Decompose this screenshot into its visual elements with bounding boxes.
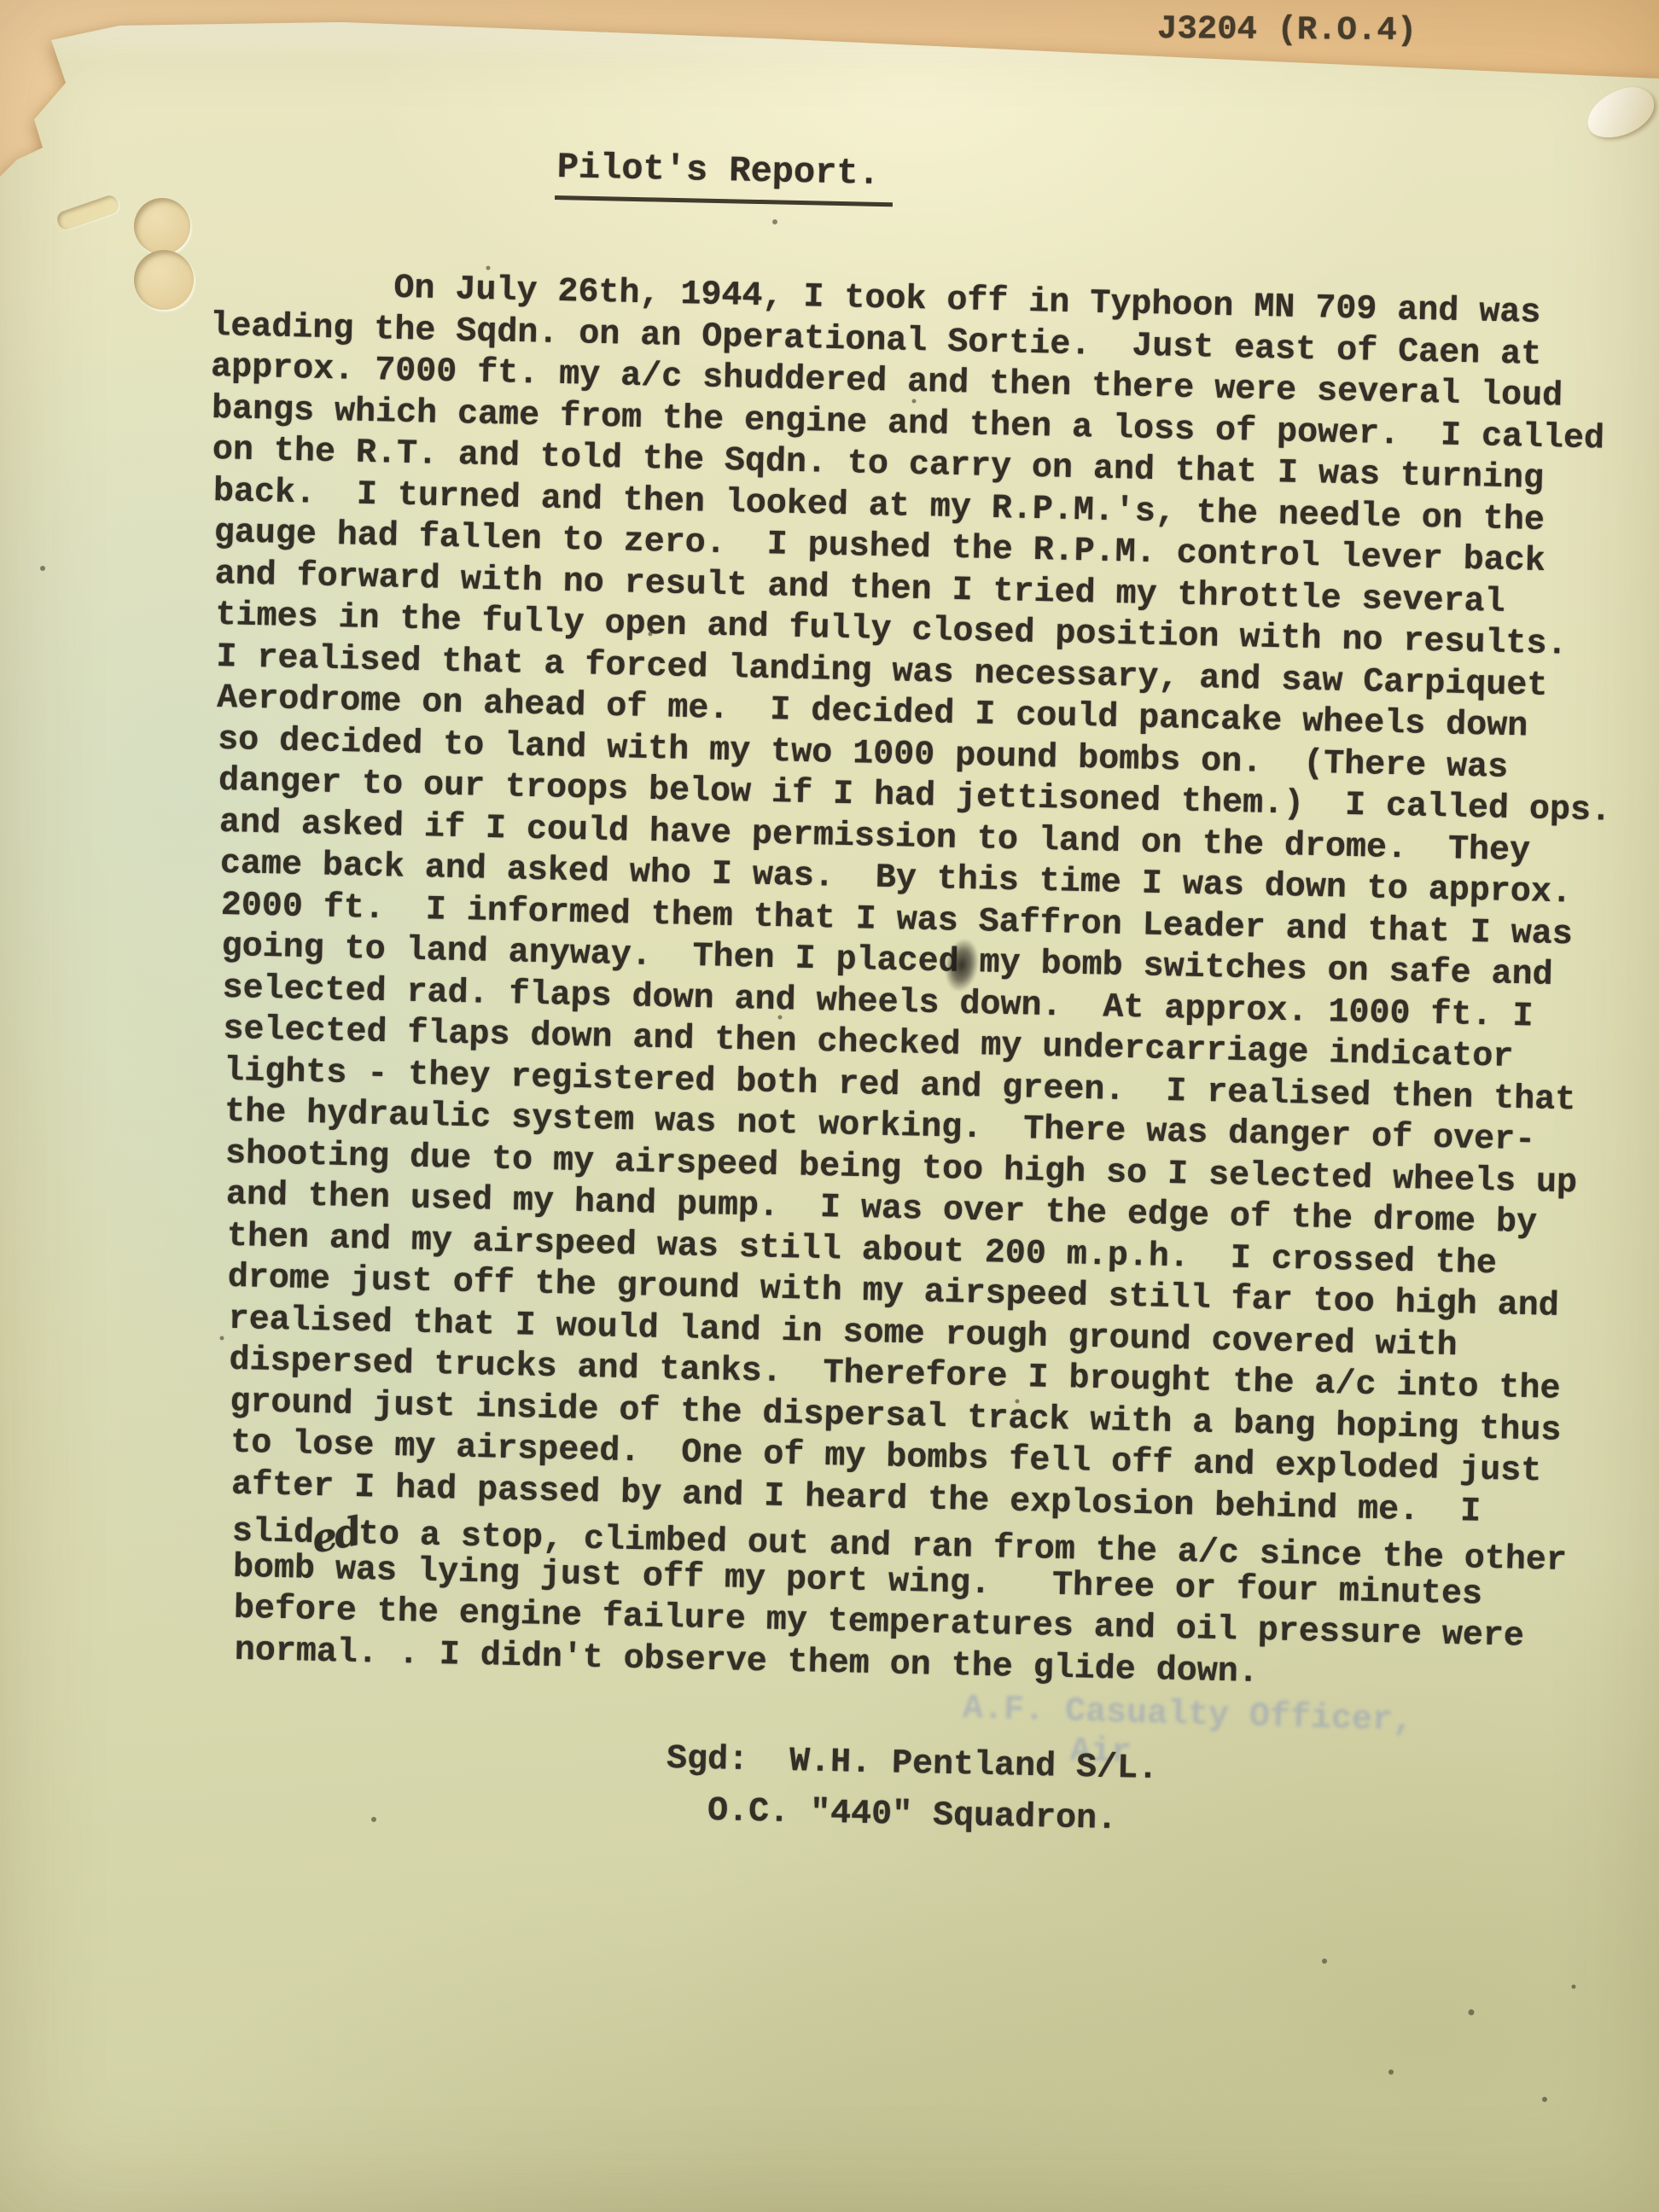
paper-sheet: Pilot's Report. On July 26th, 1944, I to… — [0, 0, 1659, 2212]
signature-block: Sgd: W.H. Pentland S/L. O.C. "440" Squad… — [667, 1738, 1158, 1840]
torn-slit-mark — [55, 194, 120, 232]
punch-hole-bottom — [134, 250, 194, 310]
punch-hole-top — [134, 198, 190, 254]
torn-edge-highlight — [0, 0, 1659, 128]
scanned-document-photo: { "page": { "reference": "J3204 (R.O.4)"… — [0, 0, 1659, 2212]
report-body: On July 26th, 1944, I took off in Typhoo… — [209, 238, 1659, 1672]
page-title: Pilot's Report. — [555, 147, 894, 207]
curled-paper-corner — [1580, 81, 1659, 145]
signature-line: O.C. "440" Squadron. — [666, 1789, 1158, 1850]
paper-sheet-shadow: Pilot's Report. On July 26th, 1944, I to… — [0, 0, 1659, 2212]
dust-specks — [0, 0, 3, 3]
typed-word: slid — [231, 1513, 314, 1553]
